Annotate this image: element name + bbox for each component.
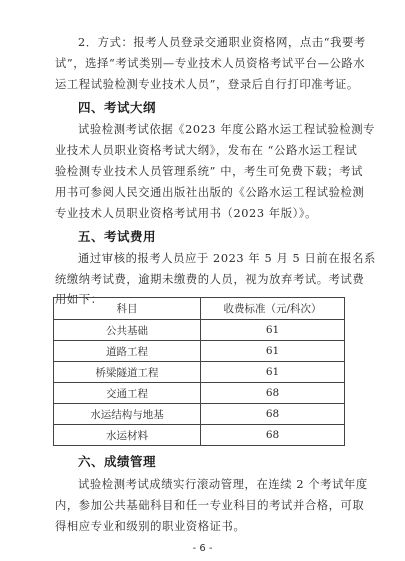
paragraph-line: 2．方式：报考人员登录交通职业资格网，点击“我要考	[78, 36, 347, 50]
subject-cell: 水运结构与地基	[54, 404, 201, 425]
paragraph-line: 运工程试验检测专业技术人员”，登录后自行打印准考证。	[55, 78, 347, 92]
paragraph-line: 用书可参阅人民交通出版社出版的《公路水运工程试验检测	[55, 186, 347, 200]
fee-cell: 68	[201, 404, 345, 425]
fee-cell: 61	[201, 320, 345, 341]
subject-cell: 公共基础	[54, 320, 201, 341]
fee-cell: 61	[201, 341, 345, 362]
subject-cell: 交通工程	[54, 383, 201, 404]
paragraph-line: 专业技术人员职业资格考试用书（2023 年版）》。	[55, 207, 347, 221]
table-header-row: 科目 收费标准（元/科次）	[54, 298, 345, 320]
table-row: 交通工程 68	[54, 383, 345, 404]
column-header-subject: 科目	[54, 298, 201, 320]
section-heading-scores: 六、成绩管理	[78, 454, 156, 469]
subject-cell: 桥梁隧道工程	[54, 362, 201, 383]
paragraph-line: 统缴纳考试费，逾期未缴费的人员，视为放弃考试。考试费	[55, 273, 347, 287]
paragraph-line: 通过审核的报考人员应于 2023 年 5 月 5 日前在报名系	[78, 252, 347, 266]
subject-cell: 道路工程	[54, 341, 201, 362]
fee-cell: 68	[201, 383, 345, 404]
subject-cell: 水运材料	[54, 425, 201, 446]
column-header-fee: 收费标准（元/科次）	[201, 298, 345, 320]
paragraph-line: 得相应专业和级别的职业资格证书。	[55, 520, 347, 534]
table-row: 道路工程 61	[54, 341, 345, 362]
paragraph-line: 试验检测考试成绩实行滚动管理，在连续 2 个考试年度	[78, 478, 347, 492]
section-heading-syllabus: 四、考试大纲	[78, 100, 156, 115]
fee-table: 科目 收费标准（元/科次） 公共基础 61 道路工程 61 桥梁隧道工程 61 …	[53, 297, 345, 446]
table-row: 水运结构与地基 68	[54, 404, 345, 425]
paragraph-line: 业技术人员职业资格考试大纲》，发布在 “公路水运工程试	[55, 144, 347, 158]
fee-cell: 68	[201, 425, 345, 446]
paragraph-line: 试验检测考试依据《2023 年度公路水运工程试验检测专	[78, 123, 347, 137]
page-number: - 6 -	[0, 543, 405, 554]
table-row: 水运材料 68	[54, 425, 345, 446]
paragraph-line: 试”，选择“考试类别—专业技术人员资格考试平台—公路水	[55, 57, 347, 71]
table-row: 桥梁隧道工程 61	[54, 362, 345, 383]
table-row: 公共基础 61	[54, 320, 345, 341]
fee-cell: 61	[201, 362, 345, 383]
section-heading-fees: 五、考试费用	[78, 229, 156, 244]
paragraph-line: 内，参加公共基础科目和任一专业科目的考试并合格，可取	[55, 499, 347, 513]
paragraph-line: 验检测专业技术人员管理系统” 中，考生可免费下载；考试	[55, 165, 347, 179]
